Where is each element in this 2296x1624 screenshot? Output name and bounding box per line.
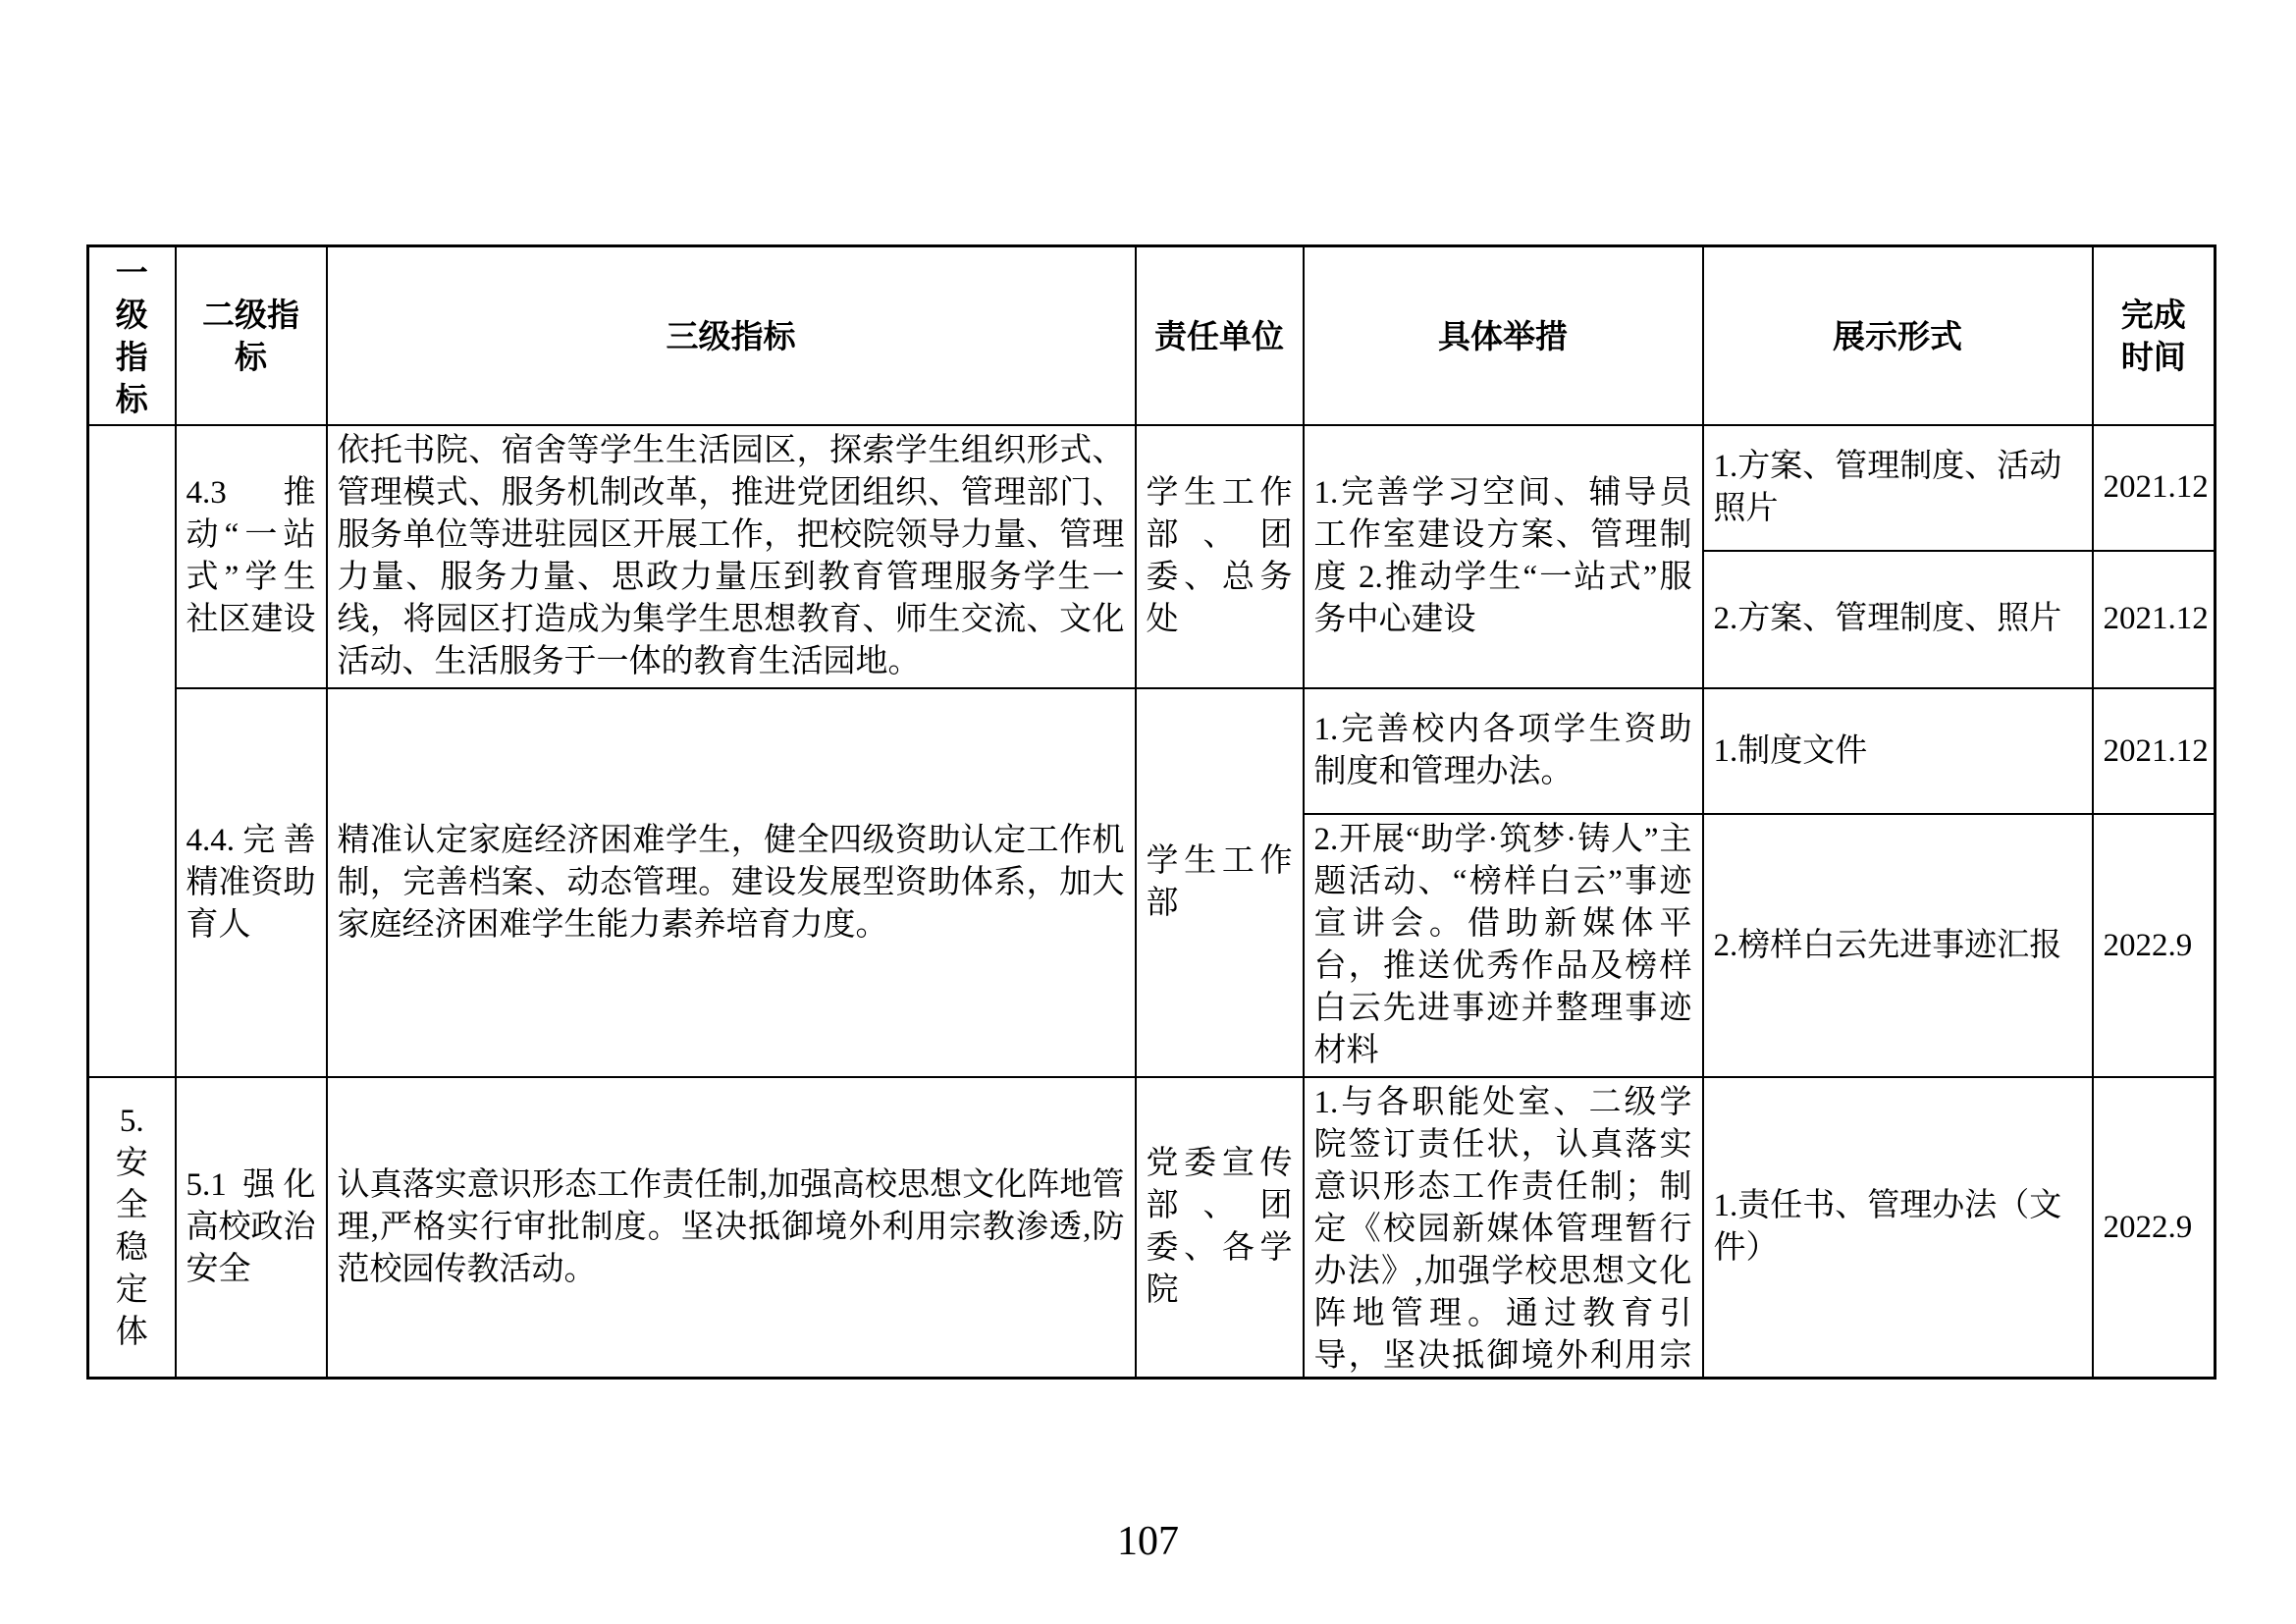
cell-4-4-display-2: 2.榜样白云先进事迹汇报 [1703, 814, 2093, 1077]
header-display-form: 展示形式 [1703, 246, 2093, 426]
cell-4-4-measures-1: 1.完善校内各项学生资助制度和管理办法。 [1304, 688, 1703, 814]
cell-4-3-time-1: 2021.12 [2093, 425, 2216, 551]
header-level1-indicator: 一 级 指 标 [88, 246, 176, 426]
cell-5-1-level2: 5.1 强化高校政治安全 [176, 1077, 327, 1379]
header-responsible-unit: 责任单位 [1136, 246, 1304, 426]
row-4-4-sub-a: 4.4.完善精准资助育人 精准认定家庭经济困难学生，健全四级资助认定工作机制，完… [88, 688, 2216, 814]
cell-4-3-time-2: 2021.12 [2093, 551, 2216, 688]
header-specific-measures: 具体举措 [1304, 246, 1703, 426]
page-number: 107 [0, 1512, 2296, 1571]
cell-5-level1: 5. 安 全 稳 定 体 [88, 1077, 176, 1379]
header-level2-indicator: 二级指 标 [176, 246, 327, 426]
document-page: 一 级 指 标 二级指 标 三级指标 责任单位 具体举措 展示形式 完成 时间 … [0, 0, 2296, 1624]
header-completion-time: 完成 时间 [2093, 246, 2216, 426]
cell-4-3-display-1: 1.方案、管理制度、活动照片 [1703, 425, 2093, 551]
cell-4-4-level2: 4.4.完善精准资助育人 [176, 688, 327, 1077]
cell-4-3-level2: 4.3 推动“一站式”学生社区建设 [176, 425, 327, 688]
cell-4-4-time-1: 2021.12 [2093, 688, 2216, 814]
cell-5-1-display: 1.责任书、管理办法（文件） [1703, 1077, 2093, 1379]
cell-5-1-time: 2022.9 [2093, 1077, 2216, 1379]
cell-4-3-unit: 学生工作部、团委、总务处 [1136, 425, 1304, 688]
cell-4-3-display-2: 2.方案、管理制度、照片 [1703, 551, 2093, 688]
cell-level1-empty [88, 425, 176, 1077]
row-4-3-sub-a: 4.3 推动“一站式”学生社区建设 依托书院、宿舍等学生生活园区，探索学生组织形… [88, 425, 2216, 551]
cell-4-4-unit: 学生工作部 [1136, 688, 1304, 1077]
row-5-1: 5. 安 全 稳 定 体 5.1 强化高校政治安全 认真落实意识形态工作责任制,… [88, 1077, 2216, 1379]
header-level3-indicator: 三级指标 [327, 246, 1136, 426]
cell-4-4-display-1: 1.制度文件 [1703, 688, 2093, 814]
cell-5-1-measures: 1.与各职能处室、二级学院签订责任状，认真落实意识形态工作责任制；制定《校园新媒… [1304, 1077, 1703, 1379]
cell-4-3-measures: 1.完善学习空间、辅导员工作室建设方案、管理制度 2.推动学生“一站式”服务中心… [1304, 425, 1703, 688]
cell-5-1-level3: 认真落实意识形态工作责任制,加强高校思想文化阵地管理,严格实行审批制度。坚决抵御… [327, 1077, 1136, 1379]
cell-5-1-unit: 党委宣传部、团委、各学院 [1136, 1077, 1304, 1379]
cell-4-4-time-2: 2022.9 [2093, 814, 2216, 1077]
cell-4-4-measures-2: 2.开展“助学·筑梦·铸人”主题活动、“榜样白云”事迹宣讲会。借助新媒体平台，推… [1304, 814, 1703, 1077]
cell-5-1-measures-text: 1.与各职能处室、二级学院签订责任状，认真落实意识形态工作责任制；制定《校园新媒… [1314, 1082, 1692, 1373]
indicator-table: 一 级 指 标 二级指 标 三级指标 责任单位 具体举措 展示形式 完成 时间 … [86, 244, 2216, 1380]
table-header-row: 一 级 指 标 二级指 标 三级指标 责任单位 具体举措 展示形式 完成 时间 [88, 246, 2216, 426]
cell-4-4-level3: 精准认定家庭经济困难学生，健全四级资助认定工作机制，完善档案、动态管理。建设发展… [327, 688, 1136, 1077]
cell-4-3-level3: 依托书院、宿舍等学生生活园区，探索学生组织形式、管理模式、服务机制改革，推进党团… [327, 425, 1136, 688]
